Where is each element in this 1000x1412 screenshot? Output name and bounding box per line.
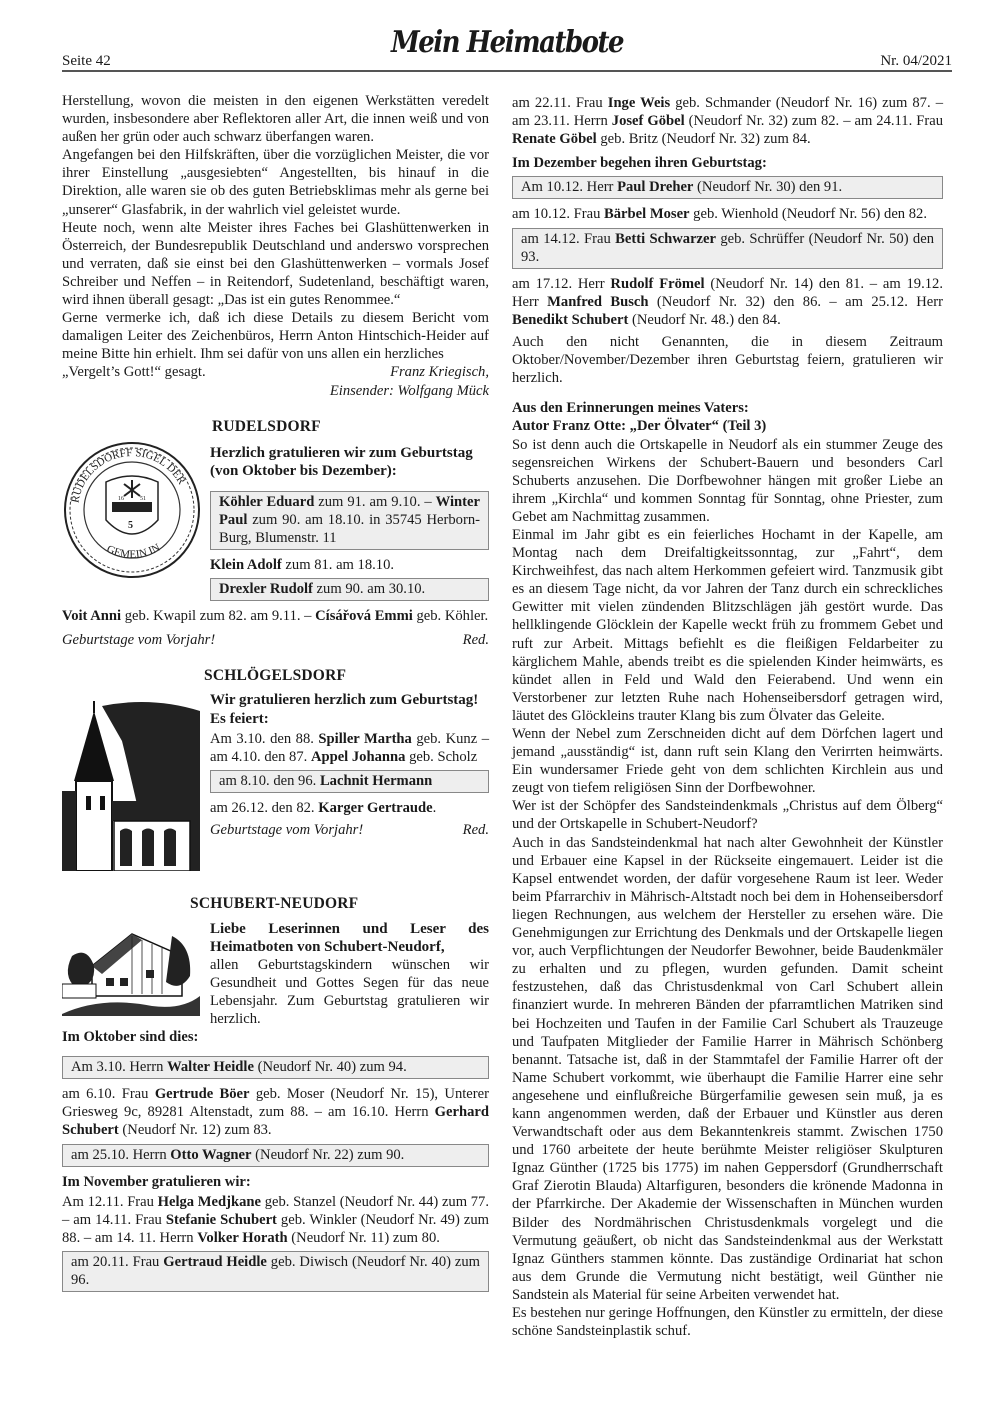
article-paragraph: So ist denn auch die Ortskapelle in Neud… [512,436,943,526]
entry-text: zum 91. am 9.10. – [314,494,435,510]
birthday-entry: am 17.12. Herr Rudolf Frömel (Neudorf Nr… [512,275,943,329]
birthday-entry: Am 12.11. Frau Helga Medjkane geb. Stanz… [62,1193,489,1247]
entry-text: am 25.10. Herrn [71,1147,170,1163]
entry-text: zum 90. am 18.10. in 35745 Herborn-Burg,… [219,512,480,546]
november-entries: Am 12.11. Frau Helga Medjkane geb. Stanz… [62,1193,489,1292]
rudelsdorf-seal-icon: 16 51 5 RUDELSDORFF SIGEL DER GEMEIN IN [62,440,202,608]
section-schloegelsdorf: Wir gratulieren herzlich zum Geburtstag!… [62,691,489,871]
section-title: SCHUBERT-NEUDORF [190,895,489,913]
note-line: Geburtstage vom Vorjahr! Red. [62,631,489,649]
schubert-neudorf-content: Liebe Leserinnen und Leser des Heimatbot… [210,920,489,1029]
october-entries: Am 3.10. Herrn Walter Heidle (Neudorf Nr… [62,1056,489,1166]
note-text: Geburtstage vom Vorjahr! [62,631,215,649]
article-paragraph: Wenn der Nebel zum Zerschneiden dicht au… [512,725,943,797]
birthday-entry: Am 3.10. den 88. Spiller Martha geb. Kun… [210,730,489,766]
birthday-entry: am 26.12. den 82. Karger Gertraude. [210,799,489,817]
rudelsdorf-content: RUDELSDORF Herzlich gratulieren wir zum … [210,418,489,608]
note-sign: Red. [463,631,489,649]
closing-text: „Vergelt’s Gott!“ gesagt. [62,363,206,381]
person-name: Bärbel Moser [604,206,690,222]
december-heading: Im Dezember begehen ihren Geburtstag: [512,154,943,172]
svg-text:51: 51 [140,496,146,502]
farmhouse-illustration-icon [62,926,202,1029]
article-paragraph: Einmal im Jahr gibt es ein feierliches H… [512,526,943,725]
highlighted-birthday-entry: am 14.12. Frau Betti Schwarzer geb. Schr… [512,228,943,269]
article-paragraph: Auch in das Sandsteindenkmal hat nach al… [512,834,943,1304]
entry-text: zum 90. am 30.10. [313,581,425,597]
section-title: SCHLÖGELSDORF [204,667,489,685]
person-name: Paul Dreher [617,179,693,195]
section-intro: Herzlich gratulieren wir zum Geburtstag … [210,444,489,481]
left-column: Herstellung, wovon die meisten in den ei… [62,92,489,1298]
person-name: Lachnit Hermann [320,773,432,789]
person-name: Helga Medjkane [158,1194,261,1210]
article-paragraph: Es bestehen nur geringe Hoffnungen, den … [512,1304,943,1340]
issue-number: Nr. 04/2021 [880,52,952,70]
article-paragraph: Herstellung, wovon die meisten in den ei… [62,92,489,146]
author-signature: Franz Kriegisch, [390,363,489,381]
person-name: Walter Heidle [167,1059,254,1075]
highlighted-birthday-entry: Am 10.12. Herr Paul Dreher (Neudorf Nr. … [512,176,943,199]
entry-text: (Neudorf Nr. 11) zum 80. [288,1230,440,1246]
birthday-entry: Voit Anni geb. Kwapil zum 82. am 9.11. –… [62,607,489,625]
entry-text: (Neudorf Nr. 32) den 86. – am 25.12. Her… [649,294,943,310]
entry-text: geb. Britz (Neudorf Nr. 32) zum 84. [597,131,811,147]
person-name: Drexler Rudolf [219,581,313,597]
note-sign: Red. [463,821,489,839]
highlighted-birthday-entry: am 20.11. Frau Gertraud Heidle geb. Diwi… [62,1251,489,1292]
person-name: Císářová Emmi [315,608,413,624]
article-paragraph: Gerne vermerke ich, daß ich diese Detail… [62,309,489,363]
entry-text: am 20.11. Frau [71,1254,163,1270]
birthday-entry: am 22.11. Frau Inge Weis geb. Schmander … [512,94,943,148]
person-name: Otto Wagner [170,1147,251,1163]
entry-text: Am 3.10. den 88. [210,731,318,747]
person-name: Karger Gertraude [318,800,432,816]
svg-text:16: 16 [118,496,124,502]
entry-text: am 14.12. Frau [521,231,615,247]
highlighted-birthday-entry: Am 3.10. Herrn Walter Heidle (Neudorf Nr… [62,1056,489,1079]
entry-text: geb. Wienhold (Neudorf Nr. 56) den 82. [690,206,927,222]
sender-signature: Einsender: Wolfgang Mück [62,382,489,400]
person-name: Voit Anni [62,608,121,624]
october-heading: Im Oktober sind dies: [62,1028,489,1046]
person-name: Appel Johanna [311,749,406,765]
entry-text: am 10.12. Frau [512,206,604,222]
article-title: Autor Franz Otte: „Der Ölvater“ (Teil 3) [512,417,943,435]
person-name: Volker Horath [197,1230,287,1246]
entry-text: Am 10.12. Herr [521,179,617,195]
section-title: RUDELSDORF [212,418,489,436]
person-name: Rudolf Frömel [610,276,704,292]
page-number: Seite 42 [62,52,111,70]
note-line: Geburtstage vom Vorjahr! Red. [210,821,489,839]
entry-text: (Neudorf Nr. 12) zum 83. [119,1122,272,1138]
entry-text: am 17.12. Herr [512,276,610,292]
masthead-logo: Mein Heimatbote [391,33,623,54]
entry-text: (Neudorf Nr. 48.) den 84. [628,312,780,328]
person-name: Spiller Martha [318,731,411,747]
entry-text: am 6.10. Frau [62,1086,155,1102]
article-paragraph: Angefangen bei den Hilfskräften, über di… [62,146,489,218]
schloegelsdorf-content: Wir gratulieren herzlich zum Geburtstag!… [210,691,489,871]
highlighted-birthday-entry: am 25.10. Herrn Otto Wagner (Neudorf Nr.… [62,1144,489,1167]
person-name: Gertrude Böer [155,1086,250,1102]
schloegelsdorf-entries: Am 3.10. den 88. Spiller Martha geb. Kun… [210,730,489,817]
article-kicker: Aus den Erinnerungen meines Vaters: [512,399,943,417]
greeting-text: allen Geburtstagskindern wünschen wir Ge… [210,956,489,1028]
november-entries-continued: am 22.11. Frau Inge Weis geb. Schmander … [512,94,943,148]
november-heading: Im November gratulieren wir: [62,1173,489,1191]
birthday-entry: am 6.10. Frau Gertrude Böer geb. Moser (… [62,1085,489,1139]
entry-text: geb. Köhler. [413,608,488,624]
entry-text: Am 12.11. Frau [62,1194,158,1210]
person-name: Manfred Busch [547,294,648,310]
entry-text: am 26.12. den 82. [210,800,318,816]
person-name: Renate Göbel [512,131,597,147]
entry-text: am 22.11. Frau [512,95,608,111]
entry-text: (Neudorf Nr. 22) zum 90. [252,1147,405,1163]
greeting-heading: Liebe Leserinnen und Leser des Heimatbot… [210,920,489,956]
person-name: Inge Weis [608,95,670,111]
birthday-entry: Klein Adolf zum 81. am 18.10. [210,556,489,574]
entry-text: am 8.10. den 96. [219,773,320,789]
entry-text: . [433,800,437,816]
rudelsdorf-entries: Köhler Eduard zum 91. am 9.10. – Winter … [210,491,489,601]
right-column: am 22.11. Frau Inge Weis geb. Schmander … [512,92,943,1340]
entry-text: geb. Scholz [405,749,477,765]
entry-text: (Neudorf Nr. 40) zum 94. [254,1059,407,1075]
highlighted-birthday-entry: am 8.10. den 96. Lachnit Hermann [210,770,489,793]
entry-text: (Neudorf Nr. 32) zum 82. – am 24.11. Fra… [685,113,943,129]
person-name: Klein Adolf [210,557,282,573]
entry-text: zum 81. am 18.10. [282,557,394,573]
article-paragraph: Heute noch, wenn alte Meister ihres Fach… [62,219,489,309]
section-intro: Wir gratulieren herzlich zum Geburtstag!… [210,691,489,727]
entry-text: (Neudorf Nr. 30) den 91. [693,179,842,195]
highlighted-birthday-entry: Köhler Eduard zum 91. am 9.10. – Winter … [210,491,489,550]
person-name: Stefanie Schubert [166,1212,277,1228]
article-paragraph: Wer ist der Schöpfer des Sandsteindenkma… [512,797,943,833]
svg-text:5: 5 [128,520,133,531]
highlighted-birthday-entry: Drexler Rudolf zum 90. am 30.10. [210,578,489,601]
person-name: Köhler Eduard [219,494,314,510]
church-illustration-icon [62,701,202,871]
entry-text: geb. Kwapil zum 82. am 9.11. – [121,608,315,624]
december-entries: Am 10.12. Herr Paul Dreher (Neudorf Nr. … [512,176,943,329]
person-name: Betti Schwarzer [615,231,716,247]
closing-greeting: Auch den nicht Genannten, die in diesem … [512,333,943,387]
note-text: Geburtstage vom Vorjahr! [210,821,363,839]
birthday-entry: am 10.12. Frau Bärbel Moser geb. Wienhol… [512,205,943,223]
entry-text: Am 3.10. Herrn [71,1059,167,1075]
person-name: Gertraud Heidle [163,1254,267,1270]
section-rudelsdorf: 16 51 5 RUDELSDORFF SIGEL DER GEMEIN IN … [62,418,489,608]
page-header: Seite 42 Mein Heimatbote Nr. 04/2021 [62,0,952,72]
person-name: Josef Göbel [612,113,685,129]
closing-line: „Vergelt’s Gott!“ gesagt. Franz Kriegisc… [62,363,489,381]
section-schubert-neudorf: Liebe Leserinnen und Leser des Heimatbot… [62,920,489,1029]
person-name: Benedikt Schubert [512,312,628,328]
